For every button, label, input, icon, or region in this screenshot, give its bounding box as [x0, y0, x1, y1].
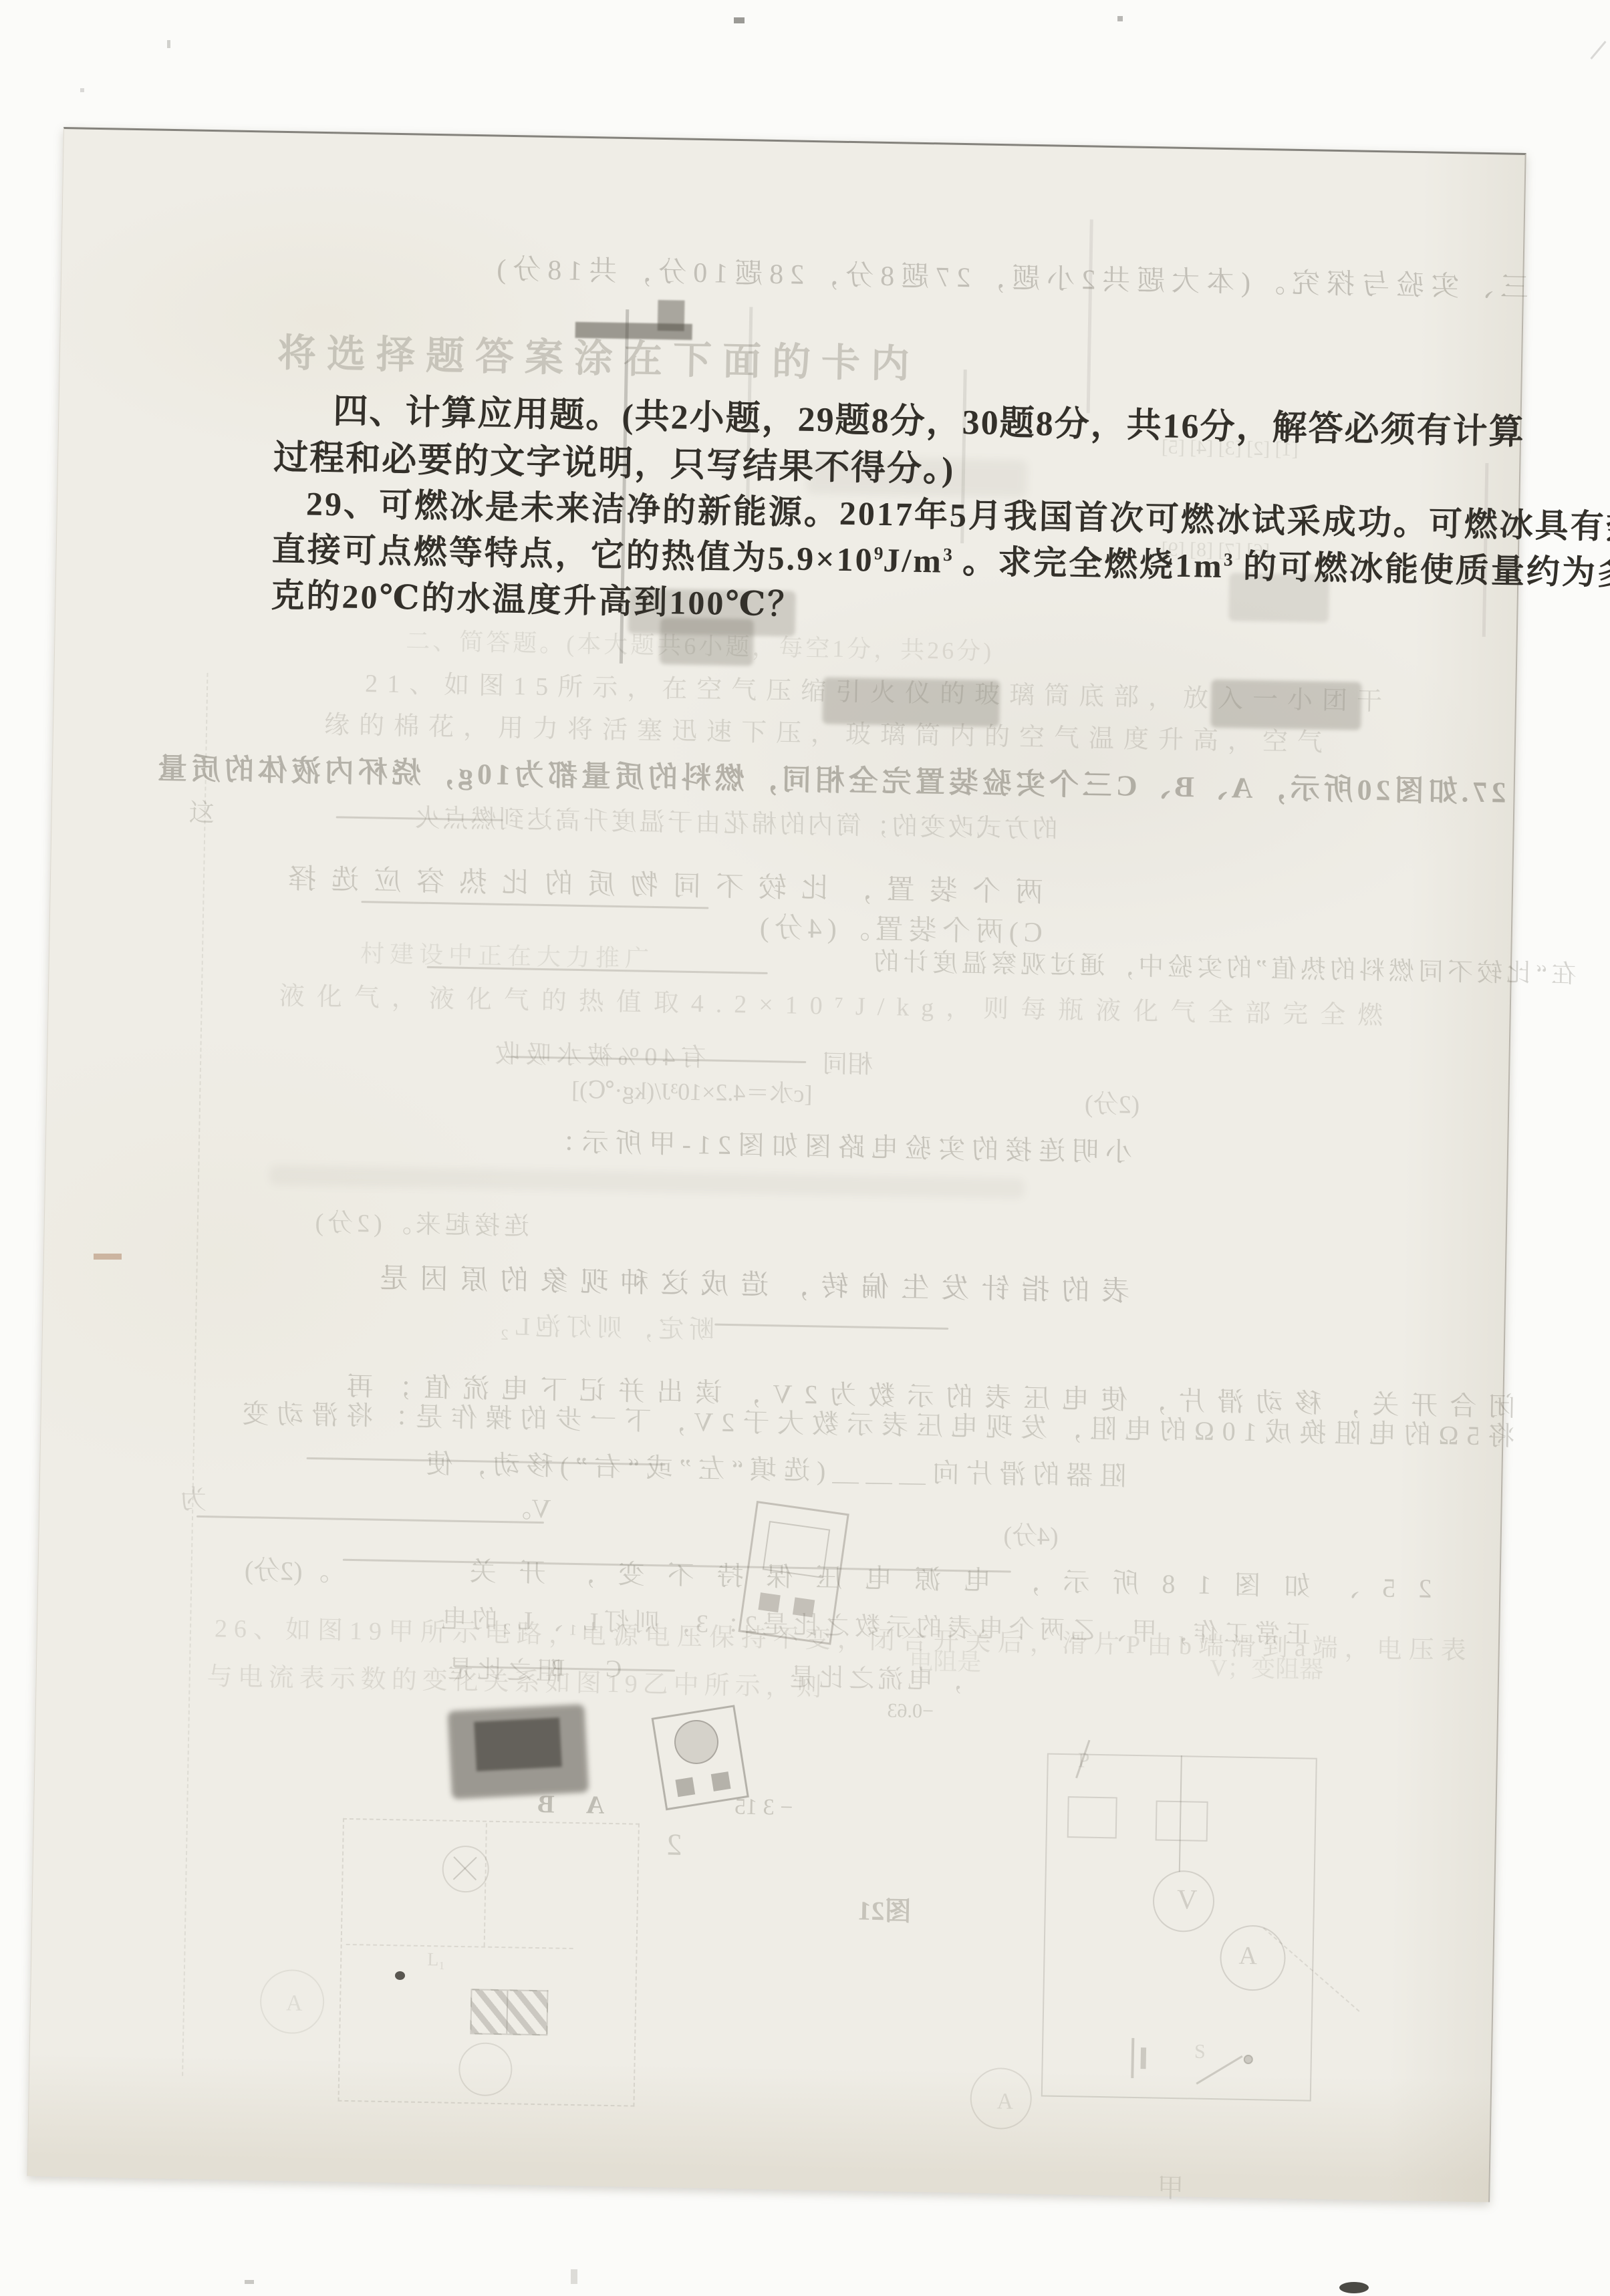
ghost-text-line: 为: [166, 1478, 207, 1517]
ghost-text-line: A B: [497, 1789, 605, 1820]
ghost-text-line: 这: [188, 792, 215, 829]
scan-speck: [1117, 16, 1123, 21]
ghost-text-line: 三、实验与探究。(本大题共2小题，27题8分，28题10分，共18分): [426, 246, 1529, 305]
ghost-text-line: 小明连接的实验电路图如图21-甲所示：: [437, 1119, 1133, 1169]
ghost-circuit-diagram-right: [1031, 1737, 1345, 2130]
scan-speck: [571, 2269, 577, 2284]
superscript: 3: [943, 544, 952, 565]
scanned-exam-page: 四、计算应用题。(共2小题，29题8分，30题8分，共16分，解答必须有计算 过…: [0, 0, 1610, 2296]
ghost-answer-blank-rule: [714, 1324, 948, 1330]
ghost-stand-rod-icon: [1087, 219, 1093, 413]
scan-speck: [1590, 41, 1606, 59]
meter-terminal: [711, 1771, 731, 1791]
ghost-text-line: [c水＝4.2×10³J/(kg·℃)]: [358, 1067, 813, 1109]
ghost-text-line: 将选择题答案涂在下面的卡内: [277, 321, 920, 389]
scan-speck: [245, 2280, 254, 2284]
ghost-text-line: P: [1077, 1747, 1089, 1772]
ghost-text-line: 二、简答题。(本大题共6小题，每空1分，共26分): [406, 622, 994, 667]
meter-symbol: [458, 2042, 513, 2096]
superscript: 9: [874, 543, 884, 563]
scan-speck: [734, 17, 745, 23]
ghost-text-line: V。: [491, 1487, 551, 1526]
ghost-text-line: 图21: [817, 1889, 912, 1928]
ghost-text-line: 在“比较不同燃料的热值”的实验中，通过观察温度计的: [755, 939, 1577, 990]
ghost-text-line: A: [996, 2089, 1013, 2114]
meter-dial: [671, 1717, 721, 1767]
ghost-text-line: 。(2分): [175, 1548, 329, 1588]
illegible-text-smudge: [269, 1165, 1025, 1199]
ghost-stand-knob-icon: [658, 300, 685, 331]
ghost-text-line: 连接起来。(2分): [208, 1199, 529, 1242]
ghost-text-line: A: [1238, 1941, 1257, 1971]
scan-speck: [80, 88, 84, 92]
printed-question-block: 四、计算应用题。(共2小题，29题8分，30题8分，共16分，解答必须有计算 过…: [64, 129, 1525, 155]
ghost-text-line: 表的指针发生偏转，造成这种现象的原因是: [267, 1254, 1130, 1310]
ghost-text-line: 两个装置，比较不同物质的比热容应选择: [215, 855, 1044, 910]
ghost-text-line: (2分): [1026, 1082, 1140, 1121]
ghost-text-line: 25、如图18所示，电源电压保持不变，开关: [349, 1548, 1432, 1606]
ghost-rheostat-core: [474, 1717, 562, 1771]
scan-speck: [167, 40, 170, 48]
exam-paper-sheet: 四、计算应用题。(共2小题，29题8分，30题8分，共16分，解答必须有计算 过…: [27, 127, 1526, 2202]
resistor-symbol: [1156, 1800, 1208, 1841]
ghost-text-line: 有40%被水吸收: [358, 1030, 706, 1073]
ghost-text-line: S: [1194, 2041, 1206, 2063]
question-29-line3: 克的20℃的水温度升高到100℃？: [271, 569, 803, 626]
circuit-dashed-wire: [484, 1824, 487, 1947]
ghost-text-line: 2: [648, 1826, 682, 1862]
ghost-text-line: (4分): [944, 1514, 1059, 1552]
ghost-text-line: −0.63: [827, 1699, 934, 1723]
ghost-text-line: 电阻是: [909, 1642, 982, 1678]
ghost-text-line: A: [286, 1991, 303, 2016]
circuit-dashed-wire: [346, 1944, 573, 1949]
ghost-text-line: 甲: [1144, 2166, 1184, 2205]
scan-speck: [1339, 2282, 1369, 2293]
ghost-text-line: 阻器的滑片向＿＿＿(选填“左”或“右”)移动，使: [190, 1439, 1127, 1493]
battery-short-plate: [1141, 2047, 1147, 2069]
text-segment: 的可燃冰能使质量约为多少千: [1232, 547, 1610, 593]
ghost-text-line: 断定，则灯泡L₂: [354, 1302, 715, 1346]
ghost-circuit-diagram-left: [338, 1818, 639, 2107]
rheostat-symbol: [1067, 1796, 1117, 1838]
lamp-symbol: [442, 1846, 489, 1893]
ghost-text-line: V: [1177, 1884, 1198, 1916]
ghost-text-line: L₁: [427, 1949, 445, 1971]
show-through-ghost-layer: 三、实验与探究。(本大题共2小题，27题8分，28题10分，共18分)将选择题答…: [64, 129, 1525, 155]
text-segment: J/m: [883, 541, 944, 580]
ghost-text-line: V；变阻器: [1210, 1649, 1324, 1685]
ghost-text-line: − 3 15: [659, 1793, 793, 1821]
